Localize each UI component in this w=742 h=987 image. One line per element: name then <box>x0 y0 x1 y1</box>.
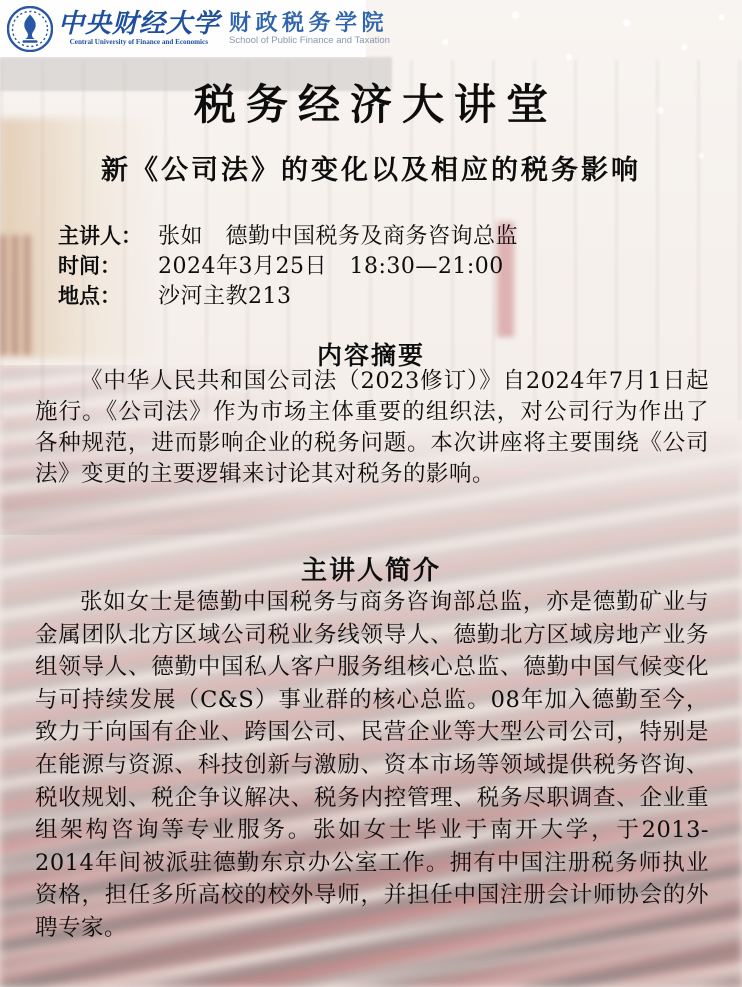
event-info: 主讲人： 张如 德勤中国税务及商务咨询总监 时间： 2024年3月25日 18:… <box>58 219 518 309</box>
location-row: 地点： 沙河主教213 <box>58 279 518 309</box>
university-header: 中央财经大学 Central University of Finance and… <box>0 0 366 57</box>
time-row: 时间： 2024年3月25日 18:30—21:00 <box>58 249 518 279</box>
university-name-en: Central University of Finance and Econom… <box>70 37 208 46</box>
poster-title: 税务经济大讲堂 <box>0 72 742 132</box>
location-label: 地点： <box>58 280 158 310</box>
school-name-en: School of Public Finance and Taxation <box>229 35 390 47</box>
abstract-body: 《中华人民共和国公司法（2023修订）》自2024年7月1日起施行。《公司法》作… <box>35 366 709 490</box>
school-name-cn: 财政税务学院 <box>229 11 388 35</box>
time-label: 时间： <box>58 250 158 280</box>
location-value: 沙河主教213 <box>158 279 292 310</box>
school-name-group: 财政税务学院 School of Public Finance and Taxa… <box>229 11 390 47</box>
speaker-value: 张如 德勤中国税务及商务咨询总监 <box>158 219 518 250</box>
speaker-row: 主讲人： 张如 德勤中国税务及商务咨询总监 <box>58 219 518 249</box>
time-value: 2024年3月25日 18:30—21:00 <box>158 249 504 280</box>
speaker-label: 主讲人： <box>58 220 158 250</box>
speaker-bio-heading: 主讲人简介 <box>0 550 742 587</box>
poster-content: 税务经济大讲堂 新《公司法》的变化以及相应的税务影响 主讲人： 张如 德勤中国税… <box>0 0 742 987</box>
speaker-bio-body: 张如女士是德勤中国税务与商务咨询部总监，亦是德勤矿业与金属团队北方区域公司税业务… <box>35 586 709 945</box>
university-seal-icon <box>7 6 53 52</box>
university-name-group: 中央财经大学 Central University of Finance and… <box>58 11 220 46</box>
poster-subtitle: 新《公司法》的变化以及相应的税务影响 <box>0 148 742 187</box>
university-name-cn: 中央财经大学 <box>58 11 220 37</box>
